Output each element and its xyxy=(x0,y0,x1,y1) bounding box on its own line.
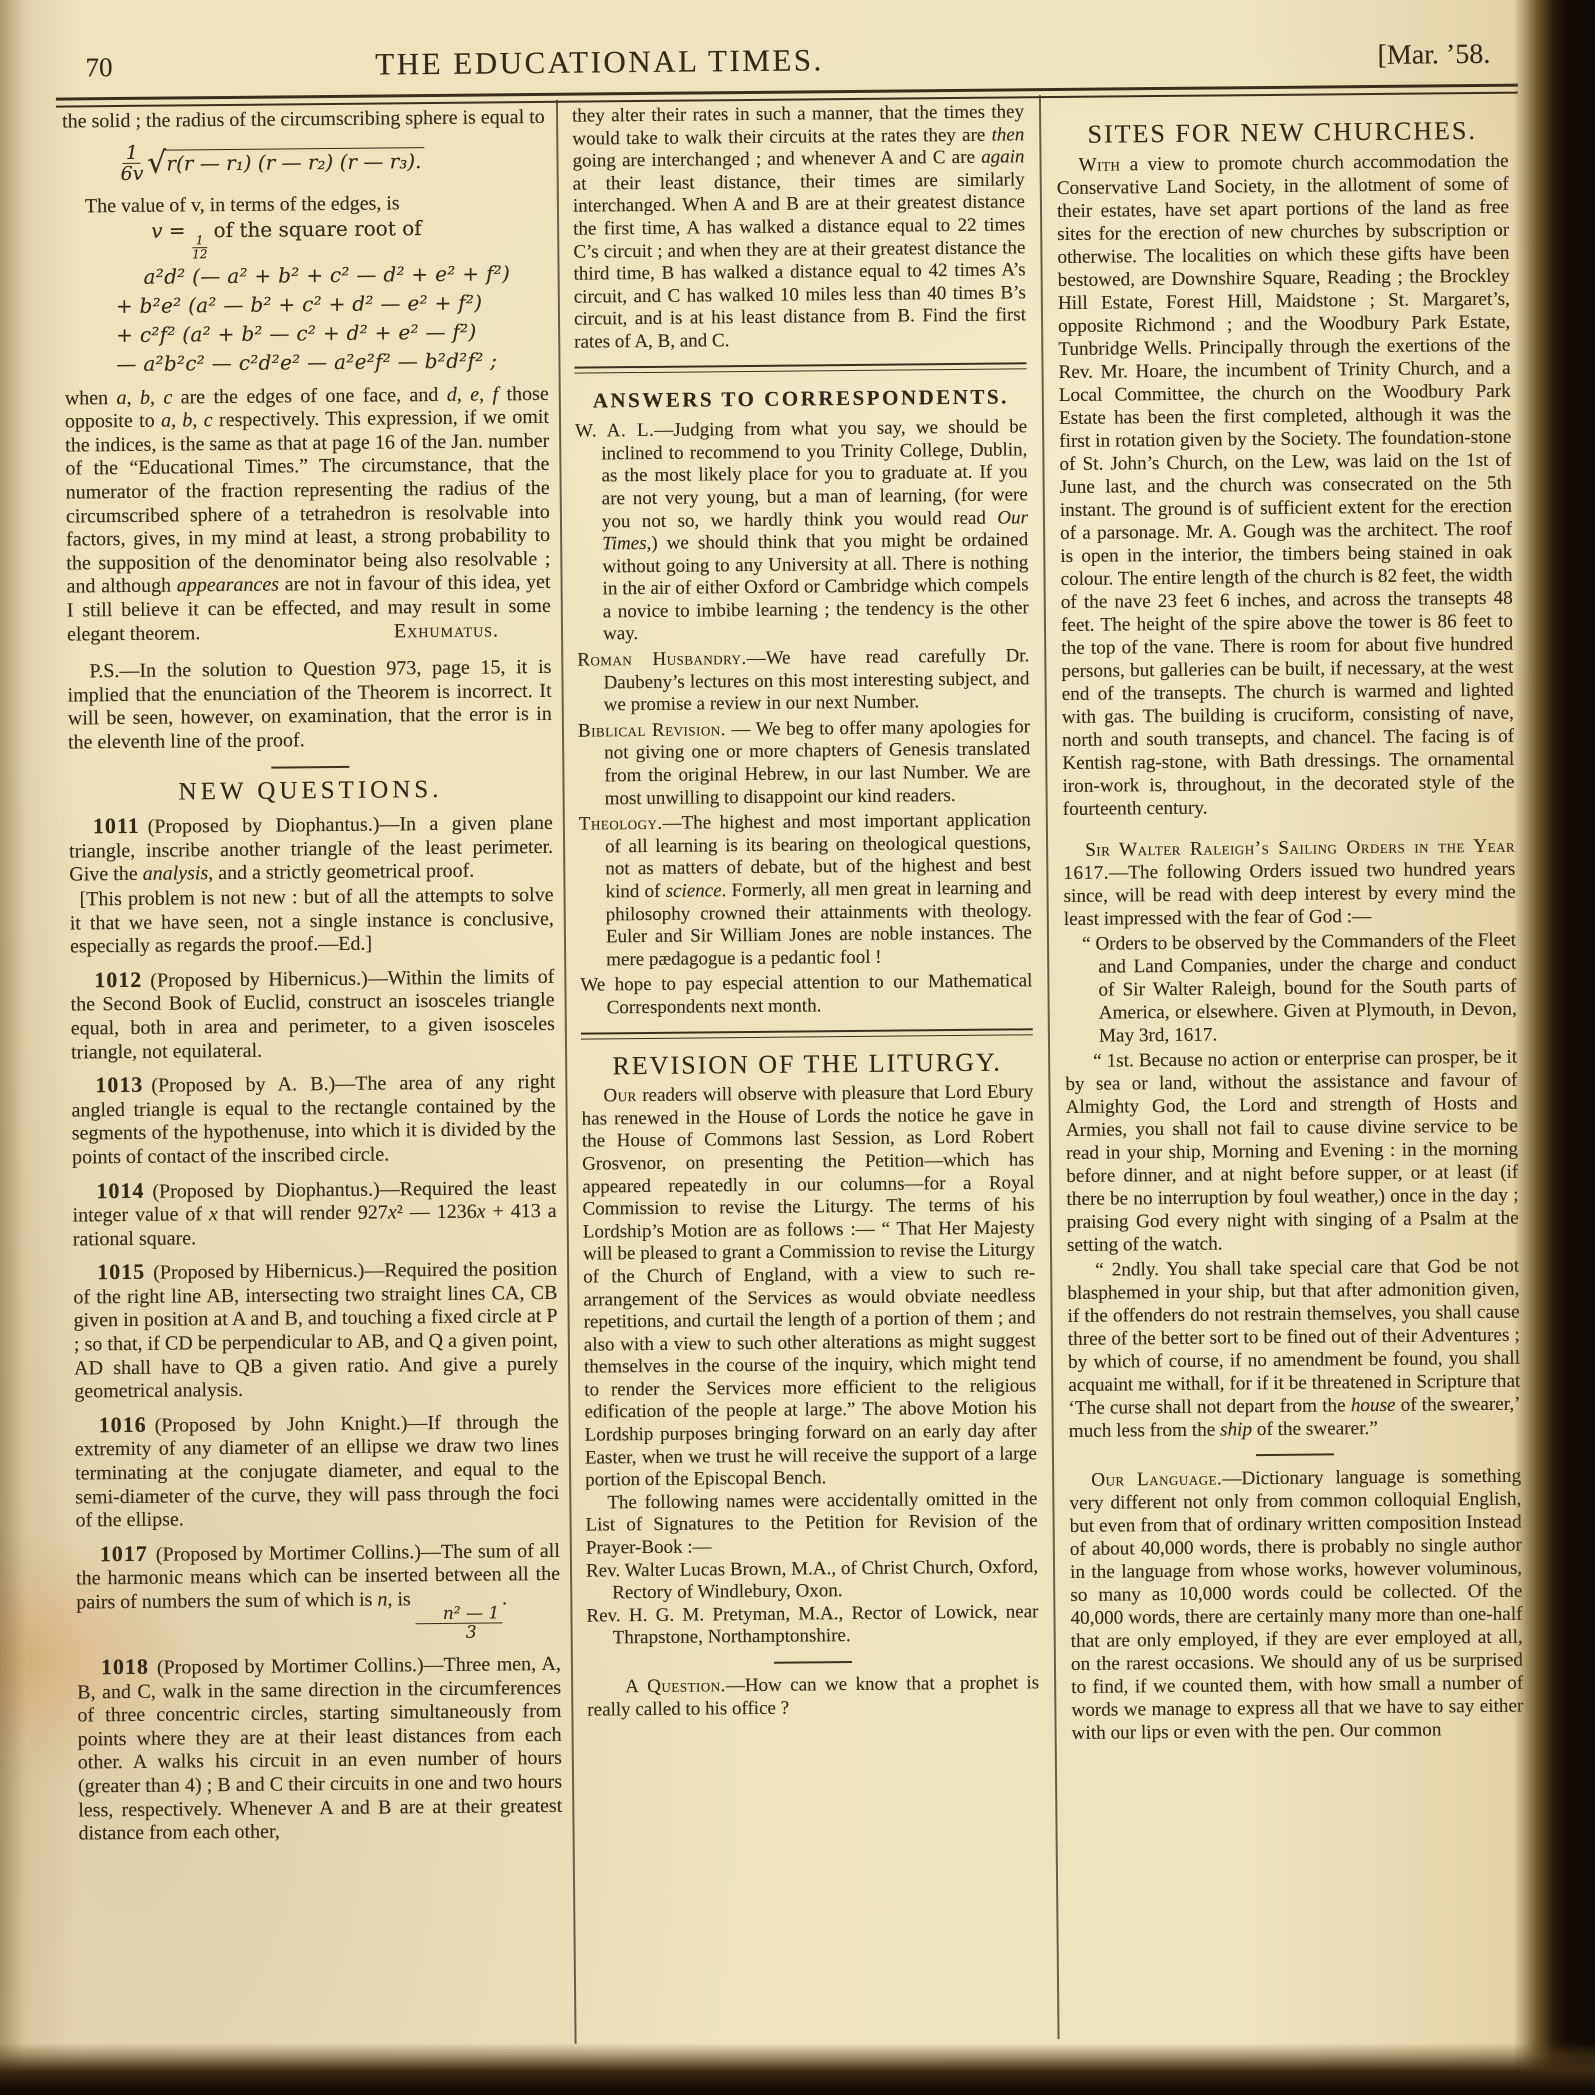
new-questions-heading: NEW QUESTIONS. xyxy=(68,776,552,804)
expansion-line: — a²b²c² — c²d²e² — a²e²f² — b²d²f² ; xyxy=(64,346,548,380)
volume-formula: v = 112 of the square root of xyxy=(63,216,547,263)
question-body: (Proposed by John Knight.)—If through th… xyxy=(75,1411,560,1532)
issue-date: [Mar. ’58. xyxy=(1377,39,1490,72)
correspondent-name: Biblical Revision. xyxy=(578,719,726,741)
question-1016: 1016(Proposed by John Knight.)—If throug… xyxy=(75,1409,560,1534)
paragraph-lead: A Question. xyxy=(625,1675,726,1697)
postscript-paragraph: P.S.—In the solution to Question 973, pa… xyxy=(67,656,552,755)
column-left: the solid ; the radius of the circumscri… xyxy=(62,106,565,2049)
fraction-denominator: 6v xyxy=(121,164,144,185)
question-body: (Proposed by A. B.)—The area of any righ… xyxy=(71,1071,555,1168)
question-1011: 1011(Proposed by Diophantus.)—In a given… xyxy=(69,810,554,959)
page-edge-shadow-bottom xyxy=(0,2043,1595,2095)
question-number: 1013 xyxy=(95,1072,143,1097)
page-edge-shadow-right xyxy=(1513,0,1595,2095)
correspondent-name: W. A. L. xyxy=(575,420,654,442)
page-edge-shadow-left xyxy=(0,0,26,2095)
omitted-names-paragraph: The following names were accidentally om… xyxy=(585,1488,1038,1560)
question-number: 1014 xyxy=(96,1177,144,1202)
editor-note: [This problem is not new : but of all th… xyxy=(69,884,554,959)
question-number: 1016 xyxy=(98,1412,146,1437)
paragraph-text: —The following Orders issued two hundred… xyxy=(1063,859,1515,930)
radius-formula: 16v √ r(r — r₁) (r — r₂) (r — r₃). xyxy=(62,139,546,186)
paragraph-lead: Our xyxy=(603,1085,636,1106)
question-1012: 1012(Proposed by Hibernicus.)—Within the… xyxy=(70,964,555,1065)
question-body: (Proposed by Diophantus.)—Required the l… xyxy=(73,1176,557,1250)
question-1013: 1013(Proposed by A. B.)—The area of any … xyxy=(71,1069,556,1170)
answer-text: —Judging from what you say, we should be… xyxy=(601,416,1029,644)
section-rule xyxy=(581,1028,1033,1039)
question-1017: 1017(Proposed by Mortimer Collins.)—The … xyxy=(76,1538,561,1647)
fraction: 16v xyxy=(120,142,143,184)
scanned-newspaper-page: 70 THE EDUCATIONAL TIMES. [Mar. ’58. the… xyxy=(0,0,1595,2095)
answer-wal: W. A. L.—Judging from what you say, we s… xyxy=(575,416,1029,646)
page-number: 70 xyxy=(85,52,112,83)
question-text: 1016(Proposed by John Knight.)—If throug… xyxy=(75,1409,560,1534)
question-number: 1011 xyxy=(93,813,140,838)
question-text: 1013(Proposed by A. B.)—The area of any … xyxy=(71,1069,556,1170)
question-text: 1014(Proposed by Diophantus.)—Required t… xyxy=(72,1174,557,1251)
sites-heading: SITES FOR NEW CHURCHES. xyxy=(1056,119,1508,146)
tetrahedron-paragraph: when a, b, c are the edges of one face, … xyxy=(65,383,551,647)
liturgy-paragraph: Our readers will observe with pleasure t… xyxy=(581,1081,1037,1492)
fraction-denominator: 3 xyxy=(416,1624,503,1644)
fraction: 112 xyxy=(192,234,208,262)
question-text: 1018(Proposed by Mortimer Collins.)—Thre… xyxy=(77,1651,563,1846)
raleigh-order-second: “ 2ndly. You shall take special care tha… xyxy=(1067,1255,1521,1443)
inline-fraction: n² — 13 xyxy=(416,1604,503,1643)
question-1018-continuation: they alter their rates in such a manner,… xyxy=(572,101,1026,354)
question-number: 1018 xyxy=(101,1654,149,1679)
answer-theology: Theology.—The highest and most important… xyxy=(579,810,1032,972)
fraction-denominator: 12 xyxy=(192,248,207,262)
question-number: 1017 xyxy=(100,1541,148,1566)
correspondent-name: Roman Husbandry. xyxy=(577,648,747,671)
section-divider xyxy=(774,1661,852,1664)
column-middle: they alter their rates in such a manner,… xyxy=(572,101,1043,2043)
fraction-numerator: 1 xyxy=(123,142,141,164)
question-body: (Proposed by Diophantus.)—In a given pla… xyxy=(69,812,553,886)
question-text: 1012(Proposed by Hibernicus.)—Within the… xyxy=(70,964,555,1065)
masthead-title: THE EDUCATIONAL TIMES. xyxy=(319,42,879,83)
question-body: (Proposed by Mortimer Collins.)—Three me… xyxy=(77,1653,562,1845)
liturgy-heading: REVISION OF THE LITURGY. xyxy=(581,1051,1033,1078)
expansion-line: + c²f² (a² + b² — c² + d² + e² — f²) xyxy=(64,317,548,351)
paragraph-text: a view to promote church accommodation t… xyxy=(1057,151,1515,820)
expansion-line: a²d² (— a² + b² + c² — d² + e² + f²) xyxy=(63,259,547,293)
raleigh-order-first: “ 1st. Because no action or enterprise c… xyxy=(1065,1046,1519,1257)
volume-rhs: of the square root of xyxy=(213,216,421,242)
section-divider xyxy=(1256,1453,1334,1456)
question-body-after: . xyxy=(502,1587,507,1609)
volume-lhs: v = xyxy=(151,219,186,243)
expansion-line: + b²e² (a² — b² + c² + d² — e² + f²) xyxy=(64,288,548,322)
paragraph-lead: Our Language. xyxy=(1091,1468,1222,1490)
paragraph-text: —Dictionary language is something very d… xyxy=(1069,1466,1523,1744)
signatory-item: Rev. H. G. M. Pretyman, M.A., Rector of … xyxy=(586,1601,1038,1651)
question-text: 1015(Proposed by Hibernicus.)—Required t… xyxy=(73,1256,558,1404)
paragraph-text: readers will observe with pleasure that … xyxy=(582,1081,1037,1490)
page-sheet: 70 THE EDUCATIONAL TIMES. [Mar. ’58. the… xyxy=(0,0,1559,2071)
raleigh-paragraph: Sir Walter Raleigh’s Sailing Orders in t… xyxy=(1063,835,1516,931)
question-1018: 1018(Proposed by Mortimer Collins.)—Thre… xyxy=(77,1651,563,1846)
fraction-numerator: 1 xyxy=(192,234,207,249)
fraction-numerator: n² — 1 xyxy=(416,1604,503,1625)
radicand: r(r — r₁) (r — r₂) (r — r₃). xyxy=(163,147,424,176)
question-text: 1017(Proposed by Mortimer Collins.)—The … xyxy=(76,1538,561,1647)
signatory-item: Rev. Walter Lucas Brown, M.A., of Christ… xyxy=(586,1556,1038,1606)
answer-text: —The highest and most important applicat… xyxy=(605,810,1032,971)
question-number: 1015 xyxy=(97,1259,145,1284)
paragraph-lead: With xyxy=(1078,154,1120,175)
answer-roman-husbandry: Roman Husbandry.—We have read carefully … xyxy=(577,645,1030,717)
a-question-paragraph: A Question.—How can we know that a proph… xyxy=(587,1672,1039,1722)
answers-heading: ANSWERS TO CORRESPONDENTS. xyxy=(575,385,1027,412)
column-rule-right xyxy=(1039,95,1060,2039)
section-rule xyxy=(574,362,1026,373)
raleigh-order-heading: “ Orders to be observed by the Commander… xyxy=(1064,929,1517,1048)
answer-biblical-revision: Biblical Revision. — We beg to offer man… xyxy=(578,716,1031,811)
question-body: (Proposed by Hibernicus.)—Required the p… xyxy=(73,1258,558,1403)
opening-line: the solid ; the radius of the circumscri… xyxy=(62,106,546,134)
value-intro: The value of v, in terms of the edges, i… xyxy=(63,191,547,219)
question-text: 1011(Proposed by Diophantus.)—In a given… xyxy=(69,810,554,887)
question-1014: 1014(Proposed by Diophantus.)—Required t… xyxy=(72,1174,557,1251)
question-body: (Proposed by Hibernicus.)—Within the lim… xyxy=(70,966,554,1063)
attention-note: We hope to pay especial attention to our… xyxy=(580,971,1032,1021)
sites-paragraph: With a view to promote church accommodat… xyxy=(1056,150,1514,821)
question-number: 1012 xyxy=(94,967,142,992)
column-right: SITES FOR NEW CHURCHES. With a view to p… xyxy=(1056,97,1527,2061)
question-1015: 1015(Proposed by Hibernicus.)—Required t… xyxy=(73,1256,558,1404)
question-body: (Proposed by Mortimer Collins.)—The sum … xyxy=(76,1540,560,1614)
section-divider xyxy=(271,765,349,768)
our-language-paragraph: Our Language.—Dictionary language is som… xyxy=(1069,1465,1524,1745)
correspondent-name: Theology. xyxy=(579,813,663,835)
